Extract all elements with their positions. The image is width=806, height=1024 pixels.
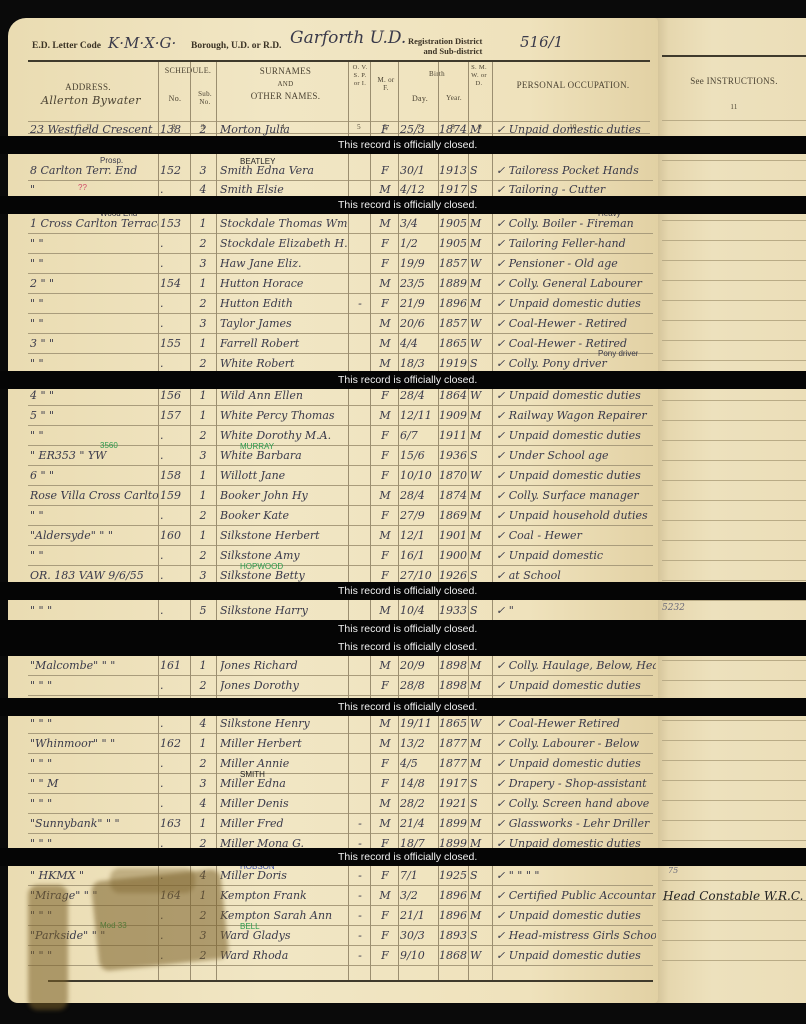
- cell-sub: 1: [192, 529, 214, 542]
- cell-ms: S: [470, 449, 492, 462]
- table-row: " ".2Hutton Edith-F21/91896M✓ Unpaid dom…: [8, 294, 658, 314]
- cell-sub: 3: [192, 164, 214, 177]
- cell-day: 30/3: [400, 929, 438, 942]
- cell-sub: 4: [192, 183, 214, 196]
- cell-ovspi: -: [351, 817, 369, 830]
- cell-year: 1917: [439, 777, 468, 790]
- row-rule: [28, 695, 653, 696]
- cell-day: 12/11: [400, 409, 438, 422]
- cell-day: 3/2: [400, 889, 438, 902]
- right-page-rule: [662, 520, 806, 521]
- cell-occ: ✓ Tailoress Pocket Hands: [496, 164, 656, 177]
- col-schedule-sub: Sub. No.: [194, 90, 216, 106]
- right-page-rule: [662, 220, 806, 221]
- cell-occ: ✓ Unpaid domestic duties: [496, 757, 656, 770]
- cell-occ: ✓ Unpaid domestic: [496, 549, 656, 562]
- cell-no: 138: [160, 123, 190, 136]
- cell-occ: ✓ Under School age: [496, 449, 656, 462]
- cell-day: 4/12: [400, 183, 438, 196]
- cell-day: 7/1: [400, 869, 438, 882]
- cell-name: Stockdale Elizabeth H.: [220, 237, 348, 250]
- closed-record-bar: This record is officially closed.: [0, 196, 806, 214]
- cell-occ: ✓ Glassworks - Lehr Driller: [496, 817, 656, 830]
- closed-record-bar: This record is officially closed.: [0, 620, 806, 638]
- cell-address: " ": [30, 257, 158, 270]
- cell-year: 1864: [439, 389, 468, 402]
- cell-sub: 2: [192, 297, 214, 310]
- cell-sub: 1: [192, 217, 214, 230]
- cell-ovspi: -: [351, 929, 369, 942]
- cell-sub: 1: [192, 409, 214, 422]
- cell-no: .: [160, 449, 190, 462]
- cell-day: 4/4: [400, 337, 438, 350]
- cell-ms: S: [470, 869, 492, 882]
- cell-name: Stockdale Thomas Wm.: [220, 217, 348, 230]
- cell-name: Hutton Edith: [220, 297, 348, 310]
- cell-address: 1 Cross Carlton Terrace: [30, 217, 158, 230]
- cell-sub: 3: [192, 317, 214, 330]
- cell-day: 16/1: [400, 549, 438, 562]
- cell-occ: ✓ Coal-Hewer Retired: [496, 717, 656, 730]
- cell-occ: ✓ Unpaid domestic duties: [496, 389, 656, 402]
- right-page-rule: [662, 900, 806, 901]
- cell-ms: S: [470, 604, 492, 617]
- cell-occ: ✓ Unpaid domestic duties: [496, 429, 656, 442]
- cell-address: 2 " ": [30, 277, 158, 290]
- cell-no: 153: [160, 217, 190, 230]
- table-row: " ".3Haw Jane Eliz.F19/91857W✓ Pensioner…: [8, 254, 658, 274]
- cell-day: 10/10: [400, 469, 438, 482]
- right-page-rule: [662, 120, 806, 121]
- cell-day: 21/4: [400, 817, 438, 830]
- closed-record-bar: This record is officially closed.: [0, 698, 806, 716]
- cell-name: Hutton Horace: [220, 277, 348, 290]
- cell-occ: ✓ Colly. Screen hand above: [496, 797, 656, 810]
- cell-address: " ": [30, 237, 158, 250]
- tape-stain-left: [28, 885, 68, 1010]
- cell-day: 28/4: [400, 389, 438, 402]
- cell-year: 1874: [439, 123, 468, 136]
- cell-occ: ✓ Colly. General Labourer: [496, 277, 656, 290]
- cell-day: 6/7: [400, 429, 438, 442]
- cell-occ: ✓ Coal - Hewer: [496, 529, 656, 542]
- table-row: 1 Cross Carlton Terrace1531Stockdale Tho…: [8, 214, 658, 234]
- cell-sub: 1: [192, 737, 214, 750]
- cell-name: Wild Ann Ellen: [220, 389, 348, 402]
- right-page-rule: [662, 480, 806, 481]
- cell-no: 154: [160, 277, 190, 290]
- cell-day: 28/2: [400, 797, 438, 810]
- cell-no: .: [160, 429, 190, 442]
- cell-year: 1917: [439, 183, 468, 196]
- right-page-rule: [662, 420, 806, 421]
- cell-no: 152: [160, 164, 190, 177]
- cell-name: Willott Jane: [220, 469, 348, 482]
- cell-address: "Aldersyde" " ": [30, 529, 158, 542]
- ed-letter-code-label: E.D. Letter Code: [32, 41, 101, 51]
- cell-day: 28/8: [400, 679, 438, 692]
- cell-name: Jones Dorothy: [220, 679, 348, 692]
- cell-ms: M: [470, 817, 492, 830]
- cell-ms: M: [470, 889, 492, 902]
- cell-sub: 1: [192, 277, 214, 290]
- cell-sex: M: [372, 797, 398, 810]
- cell-sex: F: [372, 469, 398, 482]
- cell-occ: ✓ Certified Public Accountant: [496, 889, 656, 902]
- cell-ms: S: [470, 183, 492, 196]
- cell-address: " " ": [30, 757, 158, 770]
- cell-year: 1925: [439, 869, 468, 882]
- cell-occ: ✓ Pensioner - Old age: [496, 257, 656, 270]
- cell-ms: M: [470, 659, 492, 672]
- cell-sub: 2: [192, 357, 214, 370]
- cell-address: 23 Westfield Crescent: [30, 123, 158, 136]
- table-row: 5 " "1571White Percy ThomasM12/111909M✓ …: [8, 406, 658, 426]
- cell-sub: 2: [192, 549, 214, 562]
- right-page-rule: [662, 340, 806, 341]
- cell-year: 1926: [439, 569, 468, 582]
- cell-ms: M: [470, 123, 492, 136]
- borough-label: Borough, U.D. or R.D.: [191, 41, 281, 51]
- header-rule: [28, 60, 650, 62]
- cell-year: 1857: [439, 317, 468, 330]
- cell-sex: F: [372, 909, 398, 922]
- cell-address: " ": [30, 357, 158, 370]
- cell-ms: M: [470, 509, 492, 522]
- cell-no: .: [160, 257, 190, 270]
- col-address-sub: Allerton Bywater: [36, 94, 146, 107]
- right-page-rule: [662, 240, 806, 241]
- right-page-rule: [662, 560, 806, 561]
- cell-ms: W: [470, 389, 492, 402]
- cell-year: 1868: [439, 949, 468, 962]
- cell-day: 1/2: [400, 237, 438, 250]
- cell-sex: F: [372, 123, 398, 136]
- cell-sex: F: [372, 449, 398, 462]
- right-page-rule: [662, 740, 806, 741]
- name-correction: MURRAY: [240, 442, 274, 451]
- cell-day: 10/4: [400, 604, 438, 617]
- cell-sex: M: [372, 529, 398, 542]
- cell-occ: ✓ ": [496, 604, 656, 617]
- cell-sex: M: [372, 659, 398, 672]
- cell-address: " " ": [30, 679, 158, 692]
- right-page-rule: [662, 720, 806, 721]
- table-row: 2 " "1541Hutton HoraceM23/51889M✓ Colly.…: [8, 274, 658, 294]
- table-row: 6 " "1581Willott JaneF10/101870W✓ Unpaid…: [8, 466, 658, 486]
- right-page-rule: [662, 320, 806, 321]
- cell-year: 1898: [439, 659, 468, 672]
- col-year: Year.: [440, 94, 468, 102]
- cell-occ: ✓ Drapery - Shop-assistant: [496, 777, 656, 790]
- cell-no: 159: [160, 489, 190, 502]
- cell-day: 3/4: [400, 217, 438, 230]
- right-page-rule: [662, 940, 806, 941]
- cell-year: 1898: [439, 679, 468, 692]
- registration-value: 516/1: [520, 33, 563, 51]
- cell-sex: F: [372, 777, 398, 790]
- col-occupation: PERSONAL OCCUPATION.: [498, 80, 648, 90]
- cell-sub: 2: [192, 509, 214, 522]
- cell-year: 1899: [439, 817, 468, 830]
- col-ovspi: O. V. S. P. or I.: [351, 64, 369, 88]
- cell-occ: ✓ " " " ": [496, 869, 656, 882]
- cell-year: 1893: [439, 929, 468, 942]
- cell-sex: M: [372, 409, 398, 422]
- cell-name: Silkstone Henry: [220, 717, 348, 730]
- cell-no: 163: [160, 817, 190, 830]
- cell-ms: S: [470, 357, 492, 370]
- name-correction: HOPWOOD: [240, 562, 283, 571]
- cell-day: 9/10: [400, 949, 438, 962]
- name-correction: SMITH: [240, 770, 265, 779]
- right-page-rule: [662, 580, 806, 581]
- cell-sex: F: [372, 257, 398, 270]
- cell-year: 1865: [439, 337, 468, 350]
- registration-label: Registration District and Sub-district: [408, 36, 482, 56]
- cell-address: " ": [30, 317, 158, 330]
- cell-day: 23/5: [400, 277, 438, 290]
- cell-sub: 1: [192, 337, 214, 350]
- cell-sub: 1: [192, 659, 214, 672]
- col-address: ADDRESS.: [48, 82, 128, 92]
- closed-record-label: This record is officially closed.: [338, 371, 477, 389]
- cell-year: 1919: [439, 357, 468, 370]
- cell-ms: M: [470, 429, 492, 442]
- cell-year: 1889: [439, 277, 468, 290]
- cell-sub: 1: [192, 389, 214, 402]
- cell-sex: F: [372, 429, 398, 442]
- cell-occ: ✓ Unpaid domestic duties: [496, 123, 656, 136]
- cell-sex: M: [372, 817, 398, 830]
- cell-year: 1911: [439, 429, 468, 442]
- cell-name: Miller Denis: [220, 797, 348, 810]
- cell-name: Miller Herbert: [220, 737, 348, 750]
- address-annotation: Prosp.: [100, 156, 123, 165]
- cell-day: 21/1: [400, 909, 438, 922]
- table-row: 4 " "1561Wild Ann EllenF28/41864W✓ Unpai…: [8, 386, 658, 406]
- cell-no: 160: [160, 529, 190, 542]
- cell-sub: 4: [192, 797, 214, 810]
- right-page-rule: [662, 600, 806, 601]
- cell-day: 21/9: [400, 297, 438, 310]
- cell-sex: M: [372, 889, 398, 902]
- right-page-rule: [662, 400, 806, 401]
- cell-year: 1905: [439, 217, 468, 230]
- cell-year: 1870: [439, 469, 468, 482]
- right-note-5232: 5232: [662, 603, 685, 613]
- cell-occ: ✓ Unpaid domestic duties: [496, 949, 656, 962]
- cell-no: 162: [160, 737, 190, 750]
- cell-address: " ": [30, 509, 158, 522]
- cell-occ: ✓ Railway Wagon Repairer: [496, 409, 656, 422]
- cell-name: Smith Elsie: [220, 183, 348, 196]
- cell-address: " ER353 " YW: [30, 449, 158, 462]
- cell-name: Morton Julia: [220, 123, 348, 136]
- cell-ovspi: -: [351, 889, 369, 902]
- cell-ms: M: [470, 217, 492, 230]
- cell-no: .: [160, 797, 190, 810]
- closed-record-label: This record is officially closed.: [338, 196, 477, 214]
- cell-occ: ✓ Unpaid domestic duties: [496, 297, 656, 310]
- cell-year: 1905: [439, 237, 468, 250]
- cell-no: 157: [160, 409, 190, 422]
- cell-no: 156: [160, 389, 190, 402]
- name-correction: BEATLEY: [240, 157, 275, 166]
- cell-ms: M: [470, 489, 492, 502]
- right-page-rule: [662, 460, 806, 461]
- cell-sub: 3: [192, 777, 214, 790]
- cell-day: 4/5: [400, 757, 438, 770]
- cell-occ: ✓ Unpaid household duties: [496, 509, 656, 522]
- cell-sex: F: [372, 929, 398, 942]
- cell-occ: ✓ at School: [496, 569, 656, 582]
- table-row: " " ".5Silkstone HarryM10/41933S✓ ": [8, 601, 658, 621]
- cell-name: Farrell Robert: [220, 337, 348, 350]
- cell-name: Taylor James: [220, 317, 348, 330]
- cell-sex: F: [372, 679, 398, 692]
- registration-label-line1: Registration District: [408, 36, 482, 46]
- cell-year: 1936: [439, 449, 468, 462]
- cell-name: Ward Rhoda: [220, 949, 348, 962]
- closed-record-bar: This record is officially closed.: [0, 582, 806, 600]
- cell-occ: ✓ Tailoring - Cutter: [496, 183, 656, 196]
- col-sex: M. or F.: [374, 76, 398, 92]
- cell-no: .: [160, 569, 190, 582]
- cell-sex: F: [372, 549, 398, 562]
- cell-year: 1921: [439, 797, 468, 810]
- cell-sub: 4: [192, 717, 214, 730]
- cell-address: " ": [30, 297, 158, 310]
- cell-sub: 2: [192, 429, 214, 442]
- cell-occ: ✓ Colly. Boiler - Fireman: [496, 217, 656, 230]
- cell-sex: F: [372, 949, 398, 962]
- cell-day: 30/1: [400, 164, 438, 177]
- table-row: Rose Villa Cross Carlton Terr.1591Booker…: [8, 486, 658, 506]
- cell-day: 28/4: [400, 489, 438, 502]
- cell-no: .: [160, 777, 190, 790]
- cell-address: " ": [30, 429, 158, 442]
- cell-ms: M: [470, 277, 492, 290]
- closed-record-bar: This record is officially closed.: [0, 848, 806, 866]
- cell-day: 12/1: [400, 529, 438, 542]
- table-row: " ".3Taylor JamesM20/61857W✓ Coal-Hewer …: [8, 314, 658, 334]
- cell-year: 1877: [439, 737, 468, 750]
- red-annotation: ??: [78, 183, 87, 192]
- col-marital: S. M. W. or D.: [470, 64, 488, 88]
- right-page-rule: [662, 300, 806, 301]
- cell-occ: ✓ Head-mistress Girls School: [496, 929, 656, 942]
- cell-year: 1869: [439, 509, 468, 522]
- cell-occ: ✓ Tailoring Feller-hand: [496, 237, 656, 250]
- cell-ms: S: [470, 797, 492, 810]
- cell-year: 1896: [439, 297, 468, 310]
- col-birth: Birth: [402, 70, 472, 78]
- cell-sub: 5: [192, 604, 214, 617]
- cell-name: Booker Kate: [220, 509, 348, 522]
- right-page-rule: [662, 360, 806, 361]
- cell-year: 1901: [439, 529, 468, 542]
- cell-ms: S: [470, 777, 492, 790]
- cell-ms: W: [470, 949, 492, 962]
- cell-year: 1877: [439, 757, 468, 770]
- closed-record-label: This record is officially closed.: [338, 848, 477, 866]
- address-annotation: 3560: [100, 441, 118, 450]
- table-row: 8 Carlton Terr. End1523Smith Edna VeraF3…: [8, 161, 658, 181]
- cell-address: 8 Carlton Terr. End: [30, 164, 158, 177]
- cell-sub: 3: [192, 449, 214, 462]
- col-schedule-no: No.: [160, 94, 190, 103]
- cell-sex: M: [372, 217, 398, 230]
- cell-sub: 3: [192, 257, 214, 270]
- cell-no: 161: [160, 659, 190, 672]
- col-names-1: SURNAMES: [223, 66, 348, 76]
- cell-name: White Dorothy M.A.: [220, 429, 348, 442]
- table-row: "Aldersyde" " "1601Silkstone HerbertM12/…: [8, 526, 658, 546]
- closed-record-bar: This record is officially closed.: [0, 371, 806, 389]
- cell-address: " " ": [30, 797, 158, 810]
- cell-day: 14/8: [400, 777, 438, 790]
- cell-address: " " M: [30, 777, 158, 790]
- cell-sex: M: [372, 317, 398, 330]
- cell-name: Kempton Frank: [220, 889, 348, 902]
- closed-record-label: This record is officially closed.: [338, 136, 477, 154]
- table-row: "Malcombe" " "1611Jones RichardM20/91898…: [8, 656, 658, 676]
- table-row: " ".2Silkstone AmyF16/11900M✓ Unpaid dom…: [8, 546, 658, 566]
- cell-day: 27/9: [400, 509, 438, 522]
- cell-address: Rose Villa Cross Carlton Terr.: [30, 489, 158, 502]
- cell-sub: 2: [192, 679, 214, 692]
- cell-ms: M: [470, 549, 492, 562]
- cell-year: 1933: [439, 604, 468, 617]
- right-page-rule: [662, 680, 806, 681]
- cell-ms: W: [470, 337, 492, 350]
- cell-day: 19/11: [400, 717, 438, 730]
- right-page-rule: [662, 660, 806, 661]
- table-row: "Sunnybank" " "1631Miller Fred-M21/41899…: [8, 814, 658, 834]
- cell-sex: M: [372, 357, 398, 370]
- cell-no: .: [160, 757, 190, 770]
- cell-year: 1865: [439, 717, 468, 730]
- cell-year: 1857: [439, 257, 468, 270]
- table-row: " " ".2Jones DorothyF28/81898M✓ Unpaid d…: [8, 676, 658, 696]
- cell-ms: M: [470, 679, 492, 692]
- cell-occ: ✓ Colly. Pony driver: [496, 357, 656, 370]
- closed-record-label: This record is officially closed.: [338, 582, 477, 600]
- right-page-rule: [662, 760, 806, 761]
- cell-sex: M: [372, 737, 398, 750]
- borough-value: Garforth U.D.: [290, 28, 406, 48]
- cell-ovspi: -: [351, 869, 369, 882]
- cell-address: " " ": [30, 717, 158, 730]
- cell-name: Silkstone Harry: [220, 604, 348, 617]
- table-row: 3 " "1551Farrell RobertM4/41865W✓ Coal-H…: [8, 334, 658, 354]
- occupation-annotation: Pony driver: [598, 349, 638, 358]
- closed-record-label: This record is officially closed.: [338, 620, 477, 638]
- cell-no: 155: [160, 337, 190, 350]
- cell-address: "Whinmoor" " ": [30, 737, 158, 750]
- table-row: " " ".4Silkstone HenryM19/111865W✓ Coal-…: [8, 714, 658, 734]
- table-row: " ER353 " YW.3White BarbaraF15/61936S✓ U…: [8, 446, 658, 466]
- table-row: " " M.3Miller EdnaF14/81917S✓ Drapery - …: [8, 774, 658, 794]
- cell-occ: ✓ Unpaid domestic duties: [496, 909, 656, 922]
- cell-address: " " ": [30, 604, 158, 617]
- cell-sex: F: [372, 297, 398, 310]
- cell-occ: ✓ Unpaid domestic duties: [496, 469, 656, 482]
- cell-name: Haw Jane Eliz.: [220, 257, 348, 270]
- right-header-rule: [662, 55, 806, 57]
- cell-year: 1896: [439, 889, 468, 902]
